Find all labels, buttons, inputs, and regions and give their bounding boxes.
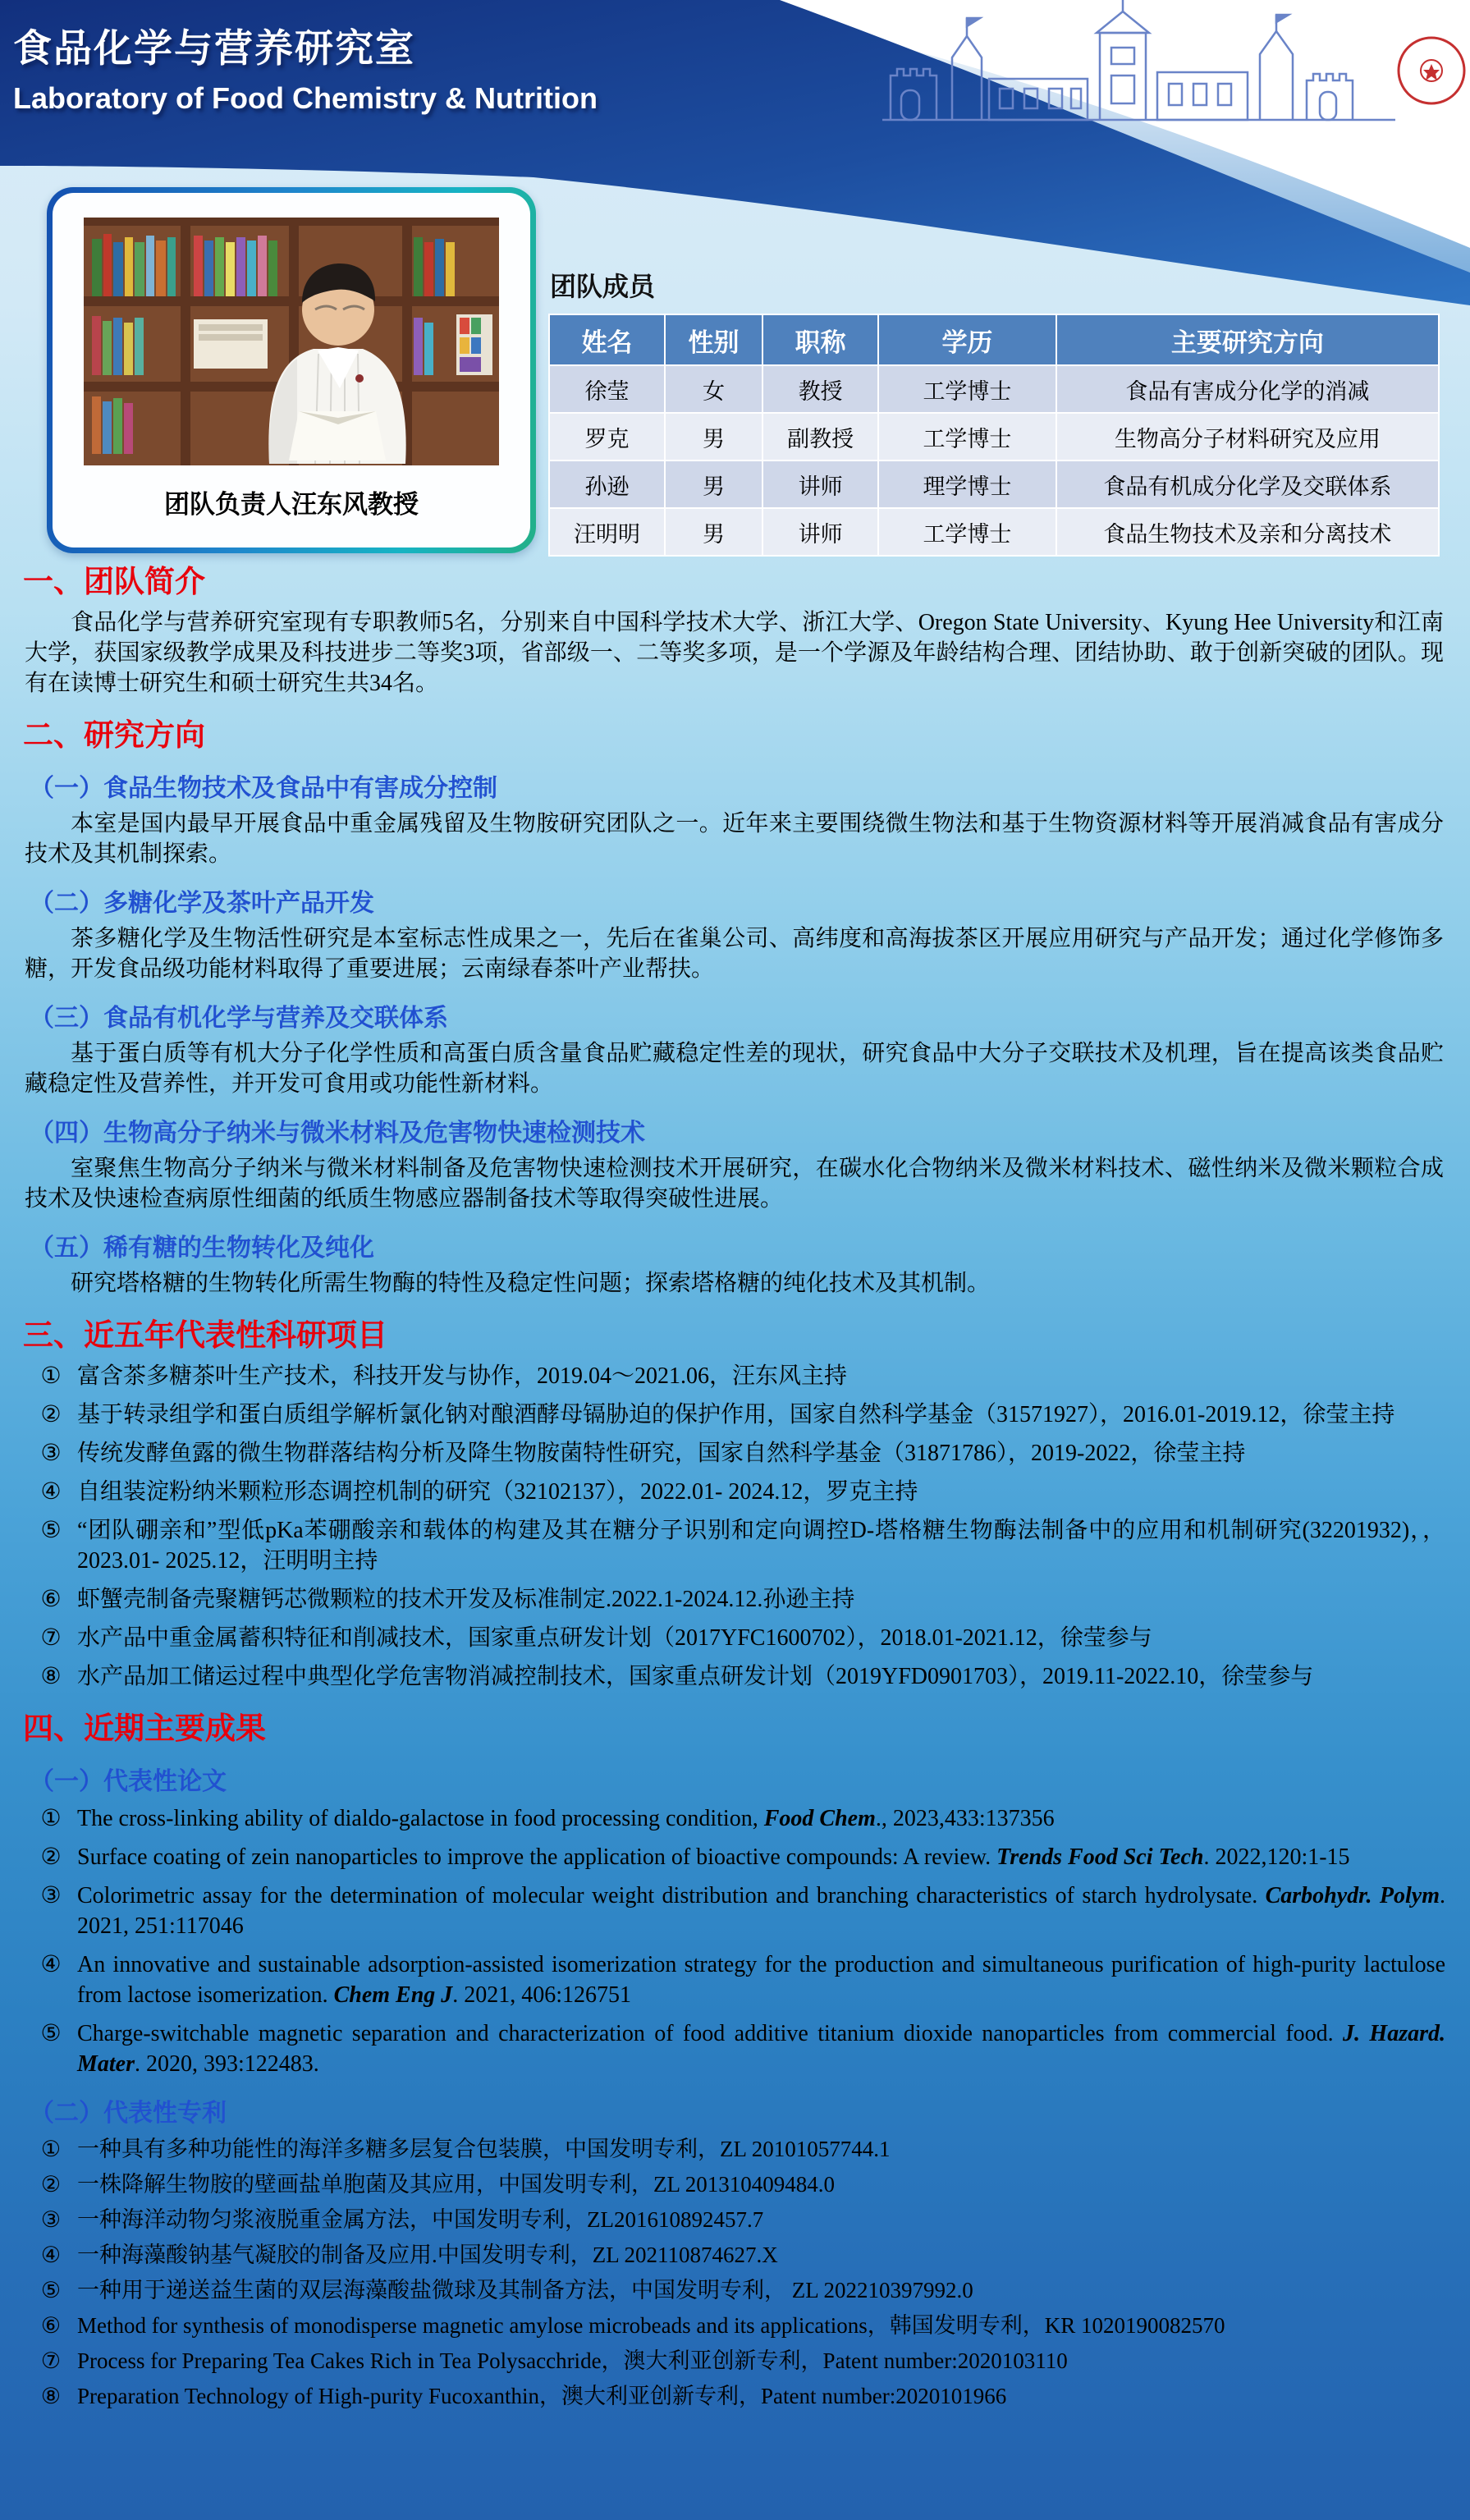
patent-item: ③ 一种海洋动物匀浆液脱重金属方法，中国发明专利，ZL201610892457.… <box>36 2206 1445 2234</box>
table-row: 徐莹女 教授工学博士 食品有害成分化学的消减 <box>549 365 1439 413</box>
journal-name: Chem Eng J <box>334 1982 453 2008</box>
item-number: ⑦ <box>36 2347 66 2376</box>
item-number: ③ <box>36 1438 66 1468</box>
page-title-en: Laboratory of Food Chemistry & Nutrition <box>13 81 598 116</box>
team-table: 姓名 性别 职称 学历 主要研究方向 徐莹女 教授工学博士 食品有害成分化学的消… <box>548 314 1440 557</box>
papers-list: ① The cross-linking ability of dialdo-ga… <box>36 1803 1445 2079</box>
paper-item: ① The cross-linking ability of dialdo-ga… <box>36 1803 1445 1834</box>
research-direction-3-body: 基于蛋白质等有机大分子化学性质和高蛋白质含量食品贮藏稳定性差的现状，研究食品中大… <box>25 1038 1444 1099</box>
item-number: ② <box>36 1400 66 1430</box>
papers-subheading: （一）代表性论文 <box>30 1761 1445 1797</box>
project-item: ① 富含茶多糖茶叶生产技术，科技开发与协作，2019.04～2021.06，汪东… <box>36 1361 1445 1391</box>
table-row: 汪明明男 讲师工学博士 食品生物技术及亲和分离技术 <box>549 508 1439 556</box>
paper-item: ⑤ Charge-switchable magnetic separation … <box>36 2018 1445 2079</box>
item-number: ③ <box>36 2206 66 2234</box>
item-number: ② <box>36 2170 66 2199</box>
item-number: ⑤ <box>36 2018 66 2079</box>
journal-name: Food Chem <box>764 1806 876 1831</box>
section-3-heading: 三、近五年代表性科研项目 <box>23 1310 1445 1354</box>
item-number: ⑦ <box>36 1623 66 1653</box>
patent-item: ① 一种具有多种功能性的海洋多糖多层复合包装膜，中国发明专利，ZL 201010… <box>36 2135 1445 2164</box>
section-1-heading: 一、团队简介 <box>23 557 1445 601</box>
research-direction-2-heading: （二）多糖化学及茶叶产品开发 <box>30 882 1445 919</box>
item-number: ① <box>36 1803 66 1834</box>
col-gender: 性别 <box>665 314 762 365</box>
journal-name: Carbohydr. Polym <box>1266 1883 1440 1908</box>
patent-item: ② 一株降解生物胺的壁画盐单胞菌及其应用，中国发明专利，ZL 201310409… <box>36 2170 1445 2199</box>
paper-item: ② Surface coating of zein nanoparticles … <box>36 1842 1445 1872</box>
header-titles: 食品化学与营养研究室 Laboratory of Food Chemistry … <box>13 18 598 116</box>
item-number: ⑥ <box>36 2312 66 2340</box>
journal-name: Trends Food Sci Tech <box>996 1844 1203 1870</box>
research-direction-1-heading: （一）食品生物技术及食品中有害成分控制 <box>30 767 1445 804</box>
item-number: ③ <box>36 1881 66 1941</box>
patent-item: ⑧ Preparation Technology of High-purity … <box>36 2382 1445 2411</box>
team-members-label: 团队成员 <box>550 266 655 304</box>
patents-list: ① 一种具有多种功能性的海洋多糖多层复合包装膜，中国发明专利，ZL 201010… <box>36 2135 1445 2411</box>
section-2-heading: 二、研究方向 <box>23 710 1445 754</box>
item-number: ④ <box>36 1950 66 2010</box>
col-title: 职称 <box>762 314 878 365</box>
item-number: ⑤ <box>36 2276 66 2305</box>
project-item: ④ 自组装淀粉纳米颗粒形态调控机制的研究（32102137），2022.01- … <box>36 1477 1445 1507</box>
project-item: ⑦ 水产品中重金属蓄积特征和削减技术，国家重点研发计划（2017YFC16007… <box>36 1623 1445 1653</box>
table-row: 孙逊男 讲师理学博士 食品有机成分化学及交联体系 <box>549 460 1439 508</box>
paper-item: ④ An innovative and sustainable adsorpti… <box>36 1950 1445 2010</box>
project-item: ③ 传统发酵鱼露的微生物群落结构分析及降生物胺菌特性研究，国家自然科学基金（31… <box>36 1438 1445 1468</box>
patent-item: ④ 一种海藻酸钠基气凝胶的制备及应用.中国发明专利，ZL 20211087462… <box>36 2241 1445 2270</box>
research-direction-4-heading: （四）生物高分子纳米与微米材料及危害物快速检测技术 <box>30 1112 1445 1148</box>
section-4-heading: 四、近期主要成果 <box>23 1703 1445 1748</box>
research-direction-1-body: 本室是国内最早开展食品中重金属残留及生物胺研究团队之一。近年来主要围绕微生物法和… <box>25 809 1444 869</box>
table-row: 罗克男 副教授工学博士 生物高分子材料研究及应用 <box>549 413 1439 460</box>
research-direction-3-heading: （三）食品有机化学与营养及交联体系 <box>30 997 1445 1033</box>
item-number: ⑧ <box>36 2382 66 2411</box>
patent-item: ⑤ 一种用于递送益生菌的双层海藻酸盐微球及其制备方法，中国发明专利， ZL 20… <box>36 2276 1445 2305</box>
patent-item: ⑥ Method for synthesis of monodisperse m… <box>36 2312 1445 2340</box>
projects-list: ① 富含茶多糖茶叶生产技术，科技开发与协作，2019.04～2021.06，汪东… <box>36 1361 1445 1692</box>
patent-item: ⑦ Process for Preparing Tea Cakes Rich i… <box>36 2347 1445 2376</box>
item-number: ⑤ <box>36 1515 66 1576</box>
main-content: 一、团队简介 食品化学与营养研究室现有专职教师5名，分别来自中国科学技术大学、浙… <box>0 545 1470 2417</box>
paper-item: ③ Colorimetric assay for the determinati… <box>36 1881 1445 1941</box>
research-direction-4-body: 室聚焦生物高分子纳米与微米材料制备及危害物快速检测技术开展研究，在碳水化合物纳米… <box>25 1153 1444 1214</box>
col-research: 主要研究方向 <box>1056 314 1439 365</box>
table-header-row: 姓名 性别 职称 学历 主要研究方向 <box>549 314 1439 365</box>
project-item: ⑥ 虾蟹壳制备壳聚糖钙芯微颗粒的技术开发及标准制定.2022.1-2024.12… <box>36 1584 1445 1615</box>
section-1-body: 食品化学与营养研究室现有专职教师5名，分别来自中国科学技术大学、浙江大学、Ore… <box>25 607 1444 699</box>
leader-caption: 团队负责人汪东风教授 <box>164 483 419 520</box>
item-number: ④ <box>36 1477 66 1507</box>
research-direction-5-heading: （五）稀有糖的生物转化及纯化 <box>30 1227 1445 1263</box>
item-number: ② <box>36 1842 66 1872</box>
project-item: ⑧ 水产品加工储运过程中典型化学危害物消减控制技术，国家重点研发计划（2019Y… <box>36 1661 1445 1692</box>
professor-photo <box>84 218 499 465</box>
item-number: ① <box>36 2135 66 2164</box>
research-direction-5-body: 研究塔格糖的生物转化所需生物酶的特性及稳定性问题；探索塔格糖的纯化技术及其机制。 <box>25 1268 1444 1299</box>
item-number: ⑧ <box>36 1661 66 1692</box>
item-number: ① <box>36 1361 66 1391</box>
project-item: ⑤ “团队硼亲和”型低pKa苯硼酸亲和载体的构建及其在糖分子识别和定向调控D-塔… <box>36 1515 1445 1576</box>
item-number: ④ <box>36 2241 66 2270</box>
page-title-zh: 食品化学与营养研究室 <box>13 18 598 73</box>
col-name: 姓名 <box>549 314 665 365</box>
patents-subheading: （二）代表性专利 <box>30 2092 1445 2128</box>
item-number: ⑥ <box>36 1584 66 1615</box>
research-direction-2-body: 茶多糖化学及生物活性研究是本室标志性成果之一，先后在雀巢公司、高纬度和高海拔茶区… <box>25 923 1444 984</box>
col-degree: 学历 <box>878 314 1056 365</box>
leader-photo-card: 团队负责人汪东风教授 <box>47 187 536 553</box>
project-item: ② 基于转录组学和蛋白质组学解析氯化钠对酿酒酵母镉胁迫的保护作用，国家自然科学基… <box>36 1400 1445 1430</box>
poster-root: 食品化学与营养研究室 Laboratory of Food Chemistry … <box>0 0 1470 2520</box>
